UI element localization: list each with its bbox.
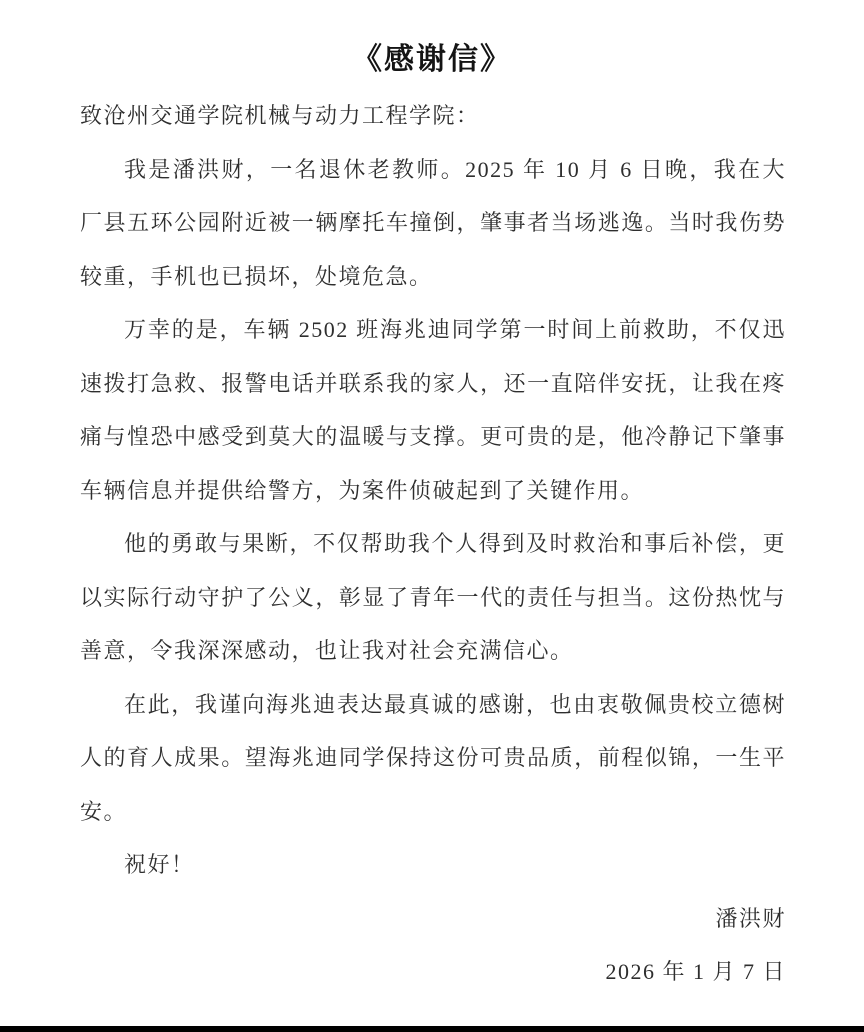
letter-body: 致沧州交通学院机械与动力工程学院： 我是潘洪财，一名退休老教师。2025 年 1… [80, 89, 786, 999]
letter-salutation: 致沧州交通学院机械与动力工程学院： [80, 89, 786, 143]
letter-closing: 祝好！ [80, 838, 786, 892]
letter-page: 《感谢信》 致沧州交通学院机械与动力工程学院： 我是潘洪财，一名退休老教师。20… [0, 0, 864, 1032]
letter-paragraph-3: 他的勇敢与果断，不仅帮助我个人得到及时救治和事后补偿，更以实际行动守护了公义，彰… [80, 517, 786, 678]
letter-paragraph-1: 我是潘洪财，一名退休老教师。2025 年 10 月 6 日晚，我在大厂县五环公园… [80, 143, 786, 304]
letter-signature: 潘洪财 [80, 892, 786, 946]
letter-title: 《感谢信》 [0, 34, 864, 78]
page-bottom-edge [0, 1026, 864, 1032]
letter-paragraph-4: 在此，我谨向海兆迪表达最真诚的感谢，也由衷敬佩贵校立德树人的育人成果。望海兆迪同… [80, 678, 786, 839]
letter-paragraph-2: 万幸的是，车辆 2502 班海兆迪同学第一时间上前救助，不仅迅速拨打急救、报警电… [80, 303, 786, 517]
letter-date: 2026 年 1 月 7 日 [80, 945, 786, 999]
